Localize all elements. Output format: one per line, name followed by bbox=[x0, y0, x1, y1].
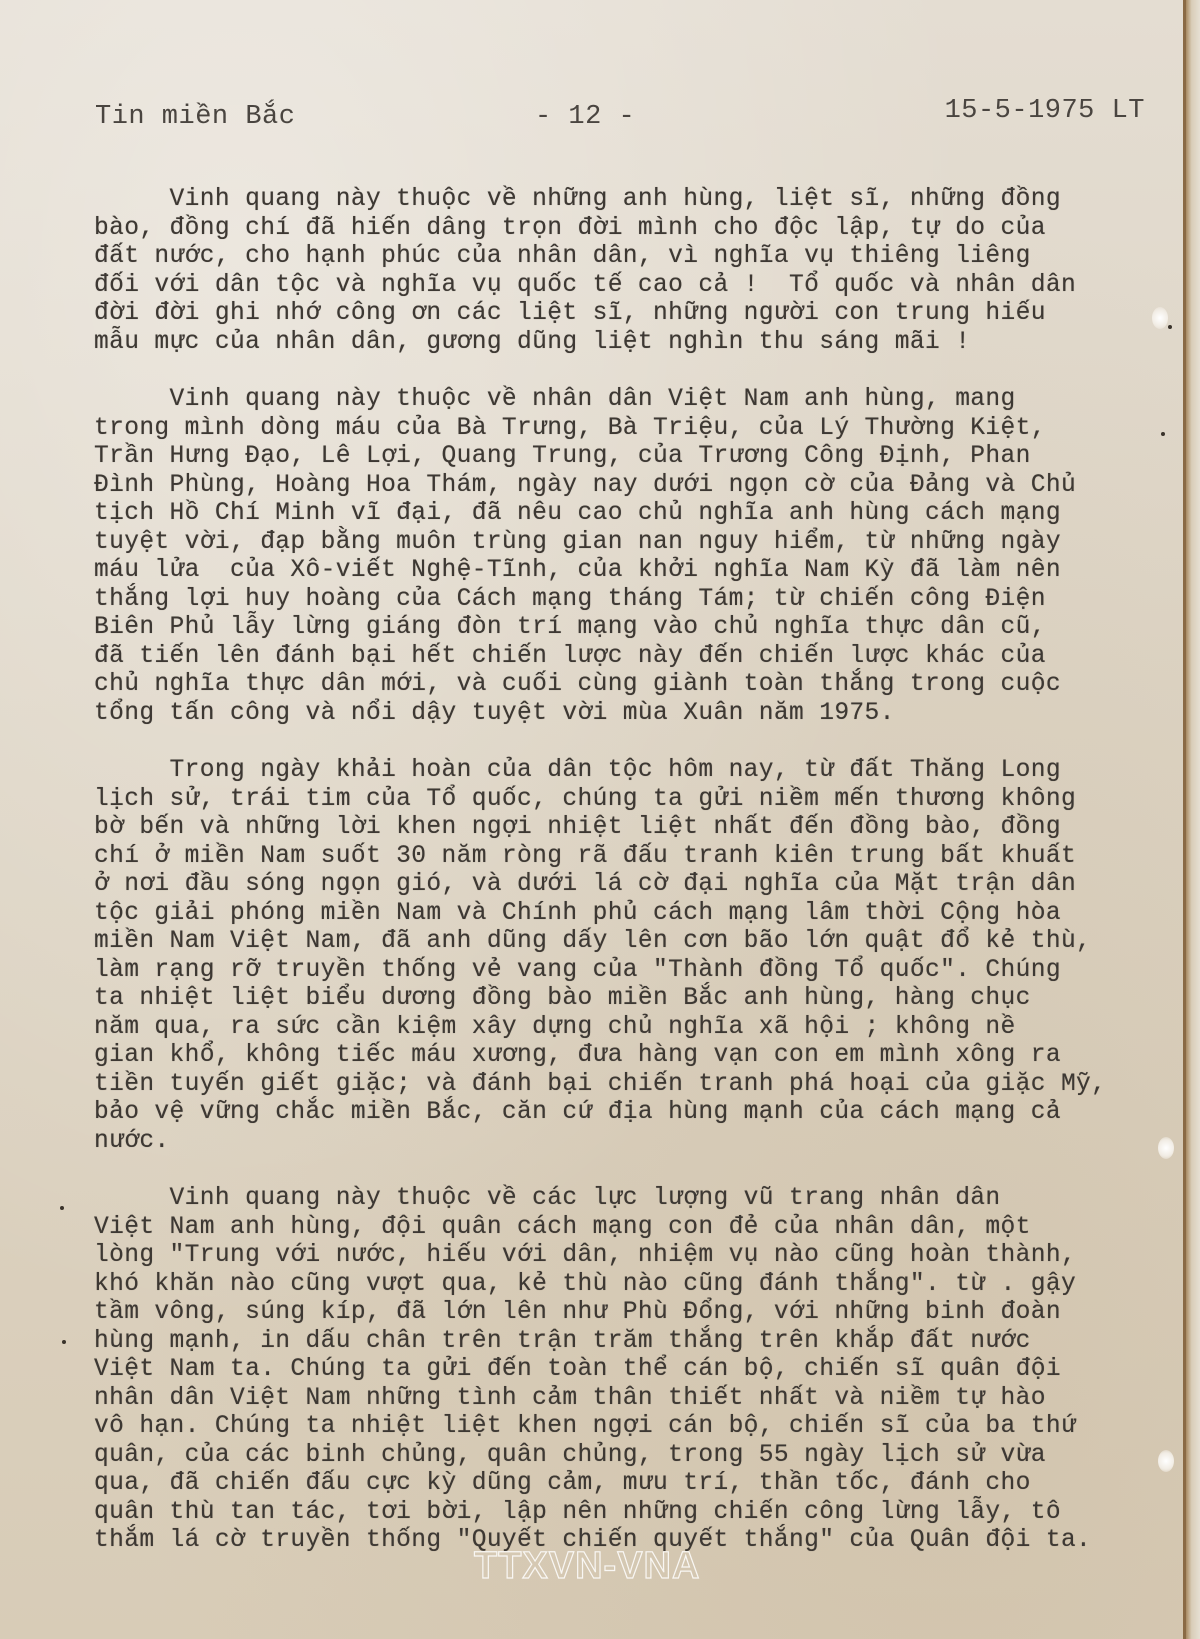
text-line: Trong ngày khải hoàn của dân tộc hôm nay… bbox=[94, 757, 1169, 786]
text-line: lòng "Trung với nước, hiếu với dân, nhiệ… bbox=[94, 1242, 1169, 1271]
punch-hole bbox=[1152, 307, 1168, 329]
document-body: Vinh quang này thuộc về những anh hùng, … bbox=[94, 186, 1169, 1556]
text-line: tịch Hồ Chí Minh vĩ đại, đã nêu cao chủ … bbox=[94, 500, 1169, 529]
header-section-title: Tin miền Bắc bbox=[95, 102, 295, 132]
paragraph: Trong ngày khải hoàn của dân tộc hôm nay… bbox=[94, 757, 1169, 1156]
agency-watermark: TTXVN-VNA bbox=[474, 1545, 700, 1588]
document-page: Tin miền Bắc - 12 - 15-5-1975 LT Vinh qu… bbox=[0, 0, 1186, 1639]
text-line: Biên Phủ lẫy lừng giáng đòn trí mạng vào… bbox=[94, 614, 1169, 643]
paragraph: Vinh quang này thuộc về các lực lượng vũ… bbox=[94, 1185, 1169, 1556]
punch-hole bbox=[1158, 1450, 1174, 1472]
ink-speck bbox=[60, 1206, 64, 1210]
text-line: tiền tuyến giết giặc; và đánh bại chiến … bbox=[94, 1071, 1169, 1100]
paragraph: Vinh quang này thuộc về nhân dân Việt Na… bbox=[94, 386, 1169, 728]
text-line: Việt Nam ta. Chúng ta gửi đến toàn thể c… bbox=[94, 1356, 1169, 1385]
paragraph: Vinh quang này thuộc về những anh hùng, … bbox=[94, 186, 1169, 357]
page-header: Tin miền Bắc - 12 - 15-5-1975 LT bbox=[95, 96, 1145, 136]
text-line: làm rạng rỡ truyền thống vẻ vang của "Th… bbox=[94, 957, 1169, 986]
text-line: hùng mạnh, in dấu chân trên trận trăm th… bbox=[94, 1328, 1169, 1357]
ink-speck bbox=[1161, 432, 1165, 436]
text-line: bảo vệ vững chắc miền Bắc, căn cứ địa hù… bbox=[94, 1099, 1169, 1128]
text-line: gian khổ, không tiếc máu xương, đưa hàng… bbox=[94, 1042, 1169, 1071]
text-line: tổng tấn công và nổi dậy tuyệt vời mùa X… bbox=[94, 700, 1169, 729]
text-line: quân thù tan tác, tơi bời, lập nên những… bbox=[94, 1499, 1169, 1528]
page-number: - 12 - bbox=[535, 102, 635, 132]
text-line: đời đời ghi nhớ công ơn các liệt sĩ, nhữ… bbox=[94, 300, 1169, 329]
text-line: tuyệt vời, đạp bằng muôn trùng gian nan … bbox=[94, 529, 1169, 558]
text-line: miền Nam Việt Nam, đã anh dũng dấy lên c… bbox=[94, 928, 1169, 957]
text-line: Đình Phùng, Hoàng Hoa Thám, ngày nay dướ… bbox=[94, 472, 1169, 501]
text-line: ở nơi đầu sóng ngọn gió, và dưới lá cờ đ… bbox=[94, 871, 1169, 900]
text-line: ta nhiệt liệt biểu dương đồng bào miền B… bbox=[94, 985, 1169, 1014]
text-line: qua, đã chiến đấu cực kỳ dũng cảm, mưu t… bbox=[94, 1470, 1169, 1499]
text-line: nhân dân Việt Nam những tình cảm thân th… bbox=[94, 1385, 1169, 1414]
text-line: bào, đồng chí đã hiến dâng trọn đời mình… bbox=[94, 215, 1169, 244]
text-line: mẫu mực của nhân dân, gương dũng liệt ng… bbox=[94, 329, 1169, 358]
text-line: nước. bbox=[94, 1128, 1169, 1157]
text-line: năm qua, ra sức cần kiệm xây dựng chủ ng… bbox=[94, 1014, 1169, 1043]
text-line: tầm vông, súng kíp, đã lớn lên như Phù Đ… bbox=[94, 1299, 1169, 1328]
text-line: đất nước, cho hạnh phúc của nhân dân, vì… bbox=[94, 243, 1169, 272]
text-line: Vinh quang này thuộc về nhân dân Việt Na… bbox=[94, 386, 1169, 415]
text-line: vô hạn. Chúng ta nhiệt liệt khen ngợi cá… bbox=[94, 1413, 1169, 1442]
text-line: Trần Hưng Đạo, Lê Lợi, Quang Trung, của … bbox=[94, 443, 1169, 472]
text-line: lịch sử, trái tim của Tổ quốc, chúng ta … bbox=[94, 786, 1169, 815]
text-line: đối với dân tộc và nghĩa vụ quốc tế cao … bbox=[94, 272, 1169, 301]
page-binding-edge bbox=[1186, 0, 1200, 1639]
text-line: chí ở miền Nam suốt 30 năm ròng rã đấu t… bbox=[94, 843, 1169, 872]
text-line: trong mình dòng máu của Bà Trưng, Bà Tri… bbox=[94, 415, 1169, 444]
text-line: thắng lợi huy hoàng của Cách mạng tháng … bbox=[94, 586, 1169, 615]
text-line: đã tiến lên đánh bại hết chiến lược này … bbox=[94, 643, 1169, 672]
text-line: chủ nghĩa thực dân mới, và cuối cùng già… bbox=[94, 671, 1169, 700]
text-line: Việt Nam anh hùng, đội quân cách mạng co… bbox=[94, 1214, 1169, 1243]
text-line: Vinh quang này thuộc về các lực lượng vũ… bbox=[94, 1185, 1169, 1214]
ink-speck bbox=[62, 1340, 66, 1344]
text-line: Vinh quang này thuộc về những anh hùng, … bbox=[94, 186, 1169, 215]
text-line: tộc giải phóng miền Nam và Chính phủ các… bbox=[94, 900, 1169, 929]
text-line: máu lửa của Xô-viết Nghệ-Tĩnh, của khởi … bbox=[94, 557, 1169, 586]
header-date-code: 15-5-1975 LT bbox=[945, 96, 1145, 126]
text-line: bờ bến và những lời khen ngợi nhiệt liệt… bbox=[94, 814, 1169, 843]
punch-hole bbox=[1158, 1137, 1174, 1159]
text-line: khó khăn nào cũng vượt qua, kẻ thù nào c… bbox=[94, 1271, 1169, 1300]
text-line: quân, của các binh chủng, quân chủng, tr… bbox=[94, 1442, 1169, 1471]
ink-speck bbox=[1168, 325, 1172, 329]
